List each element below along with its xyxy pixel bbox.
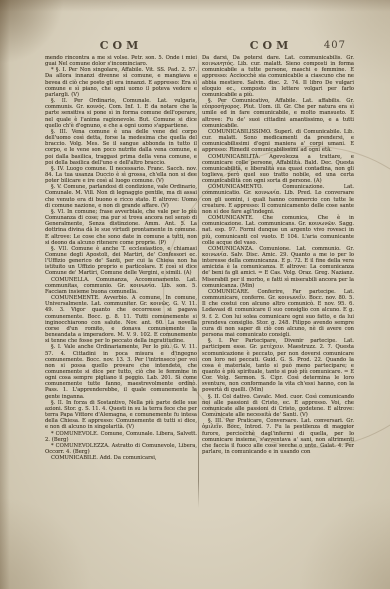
dictionary-paragraph: COMUNELLA. Comunanza, Accomunamento. Lat… <box>45 277 197 295</box>
dictionary-paragraph: §. I. Vale anche Ordinariamente, Per lo … <box>45 344 197 399</box>
dictionary-paragraph: COMUNEMENTE. Avverbio. A comune, In comu… <box>45 295 197 344</box>
page-number: 407 <box>324 40 346 51</box>
dictionary-paragraph: Da darsi, Da potersi dare. Lat. communic… <box>202 55 354 98</box>
text-column-left: mendo rincontra a me si volse. Petr. son… <box>45 55 197 461</box>
dictionary-paragraph: §. IV. Luogo comune. Il necessario. Fran… <box>45 166 197 184</box>
dictionary-paragraph: COMUNICARE. Conferire, Far partecipe. La… <box>202 289 354 338</box>
dictionary-paragraph: mendo rincontra a me si volse. Petr. son… <box>45 55 197 67</box>
page-header: COM COM 407 <box>45 39 354 53</box>
dictionary-paragraph: * COMUNEVOLE. Comune, Comunale. Libera, … <box>45 431 197 443</box>
running-title-left: COM <box>45 39 197 52</box>
dictionary-paragraph: * §. I. Per Non singolare, Affabile. Vit… <box>45 67 197 98</box>
dictionary-paragraph: §. III. Per Praticare, Conversare. Lat. … <box>202 418 354 455</box>
dictionary-paragraph: COMUNICANZA. Comunione. Lat. communio. G… <box>202 246 354 289</box>
dictionary-paragraph: * COMUNEVOLEZZA. Astratto di Comunevole,… <box>45 443 197 455</box>
dictionary-paragraph: §. III. Vena comune è una delle vene del… <box>45 129 197 166</box>
screenshot-root: { "colors": { "paper": "#d6cdb9", "paper… <box>0 0 390 589</box>
column-divider-rule <box>198 56 199 508</box>
dictionary-paragraph: §. Per Comunicativo, Affabile. Lat. affa… <box>202 98 354 129</box>
dictionary-paragraph: §. II. In forza di Sostantivo, Nella più… <box>45 400 197 431</box>
dictionary-paragraph: §. VI. In comune; frase avverbiale, che … <box>45 209 197 246</box>
dictionary-paragraph: §. I. Per Partecipare, Divenir partecipe… <box>202 338 354 393</box>
dictionary-paragraph: COMUNICANTE. Che comunica, Che è in comu… <box>202 215 354 246</box>
dictionary-paragraph: COMUNICABILITÀ. Agevolezza a trattare, e… <box>202 154 354 185</box>
dictionary-paragraph: COMUNICABILISSIMO. Superl. di Comunicabi… <box>202 129 354 154</box>
dictionary-paragraph: COMUNICABILE. Add. Da comunicarsi, <box>45 455 197 461</box>
dictionary-paragraph: §. VII. Comune è anche T. ecclesiastico,… <box>45 246 197 277</box>
dictionary-paragraph: §. II. Per Ordinario, Comunale. Lat. vul… <box>45 98 197 129</box>
dictionary-paragraph: §. V. Comune, parlandosi di condizione, … <box>45 184 197 209</box>
dictionary-paragraph: COMUNICAMENTO. Comunicazione. Lat. commu… <box>202 184 354 215</box>
scanned-page: COM COM 407 mendo rincontra a me si vols… <box>0 0 390 589</box>
dictionary-paragraph: §. II. Col dativo. Cavalc. Med. cuor. Co… <box>202 394 354 419</box>
text-column-right: Da darsi, Da potersi dare. Lat. communic… <box>202 55 354 455</box>
